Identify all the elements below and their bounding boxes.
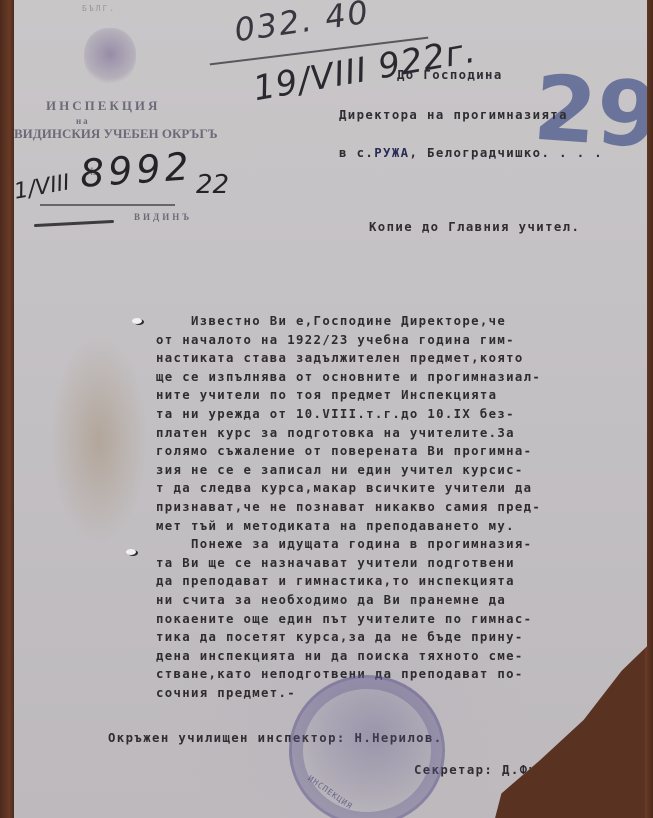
body-line: зия не се е записал ни един учител курси… bbox=[156, 463, 541, 482]
addressee-location: в с.РУЖА, Белоградчишко. . . . bbox=[339, 146, 603, 160]
copy-recipient: Копие до Главния учител. bbox=[369, 220, 580, 234]
body-line: настиката става задължителен предмет,коя… bbox=[156, 351, 541, 370]
signature-name: Д.Филипов. bbox=[502, 763, 590, 777]
body-line: т да следва курса,макар всичките учители… bbox=[156, 481, 541, 500]
body-line: платен курс за подготовка на учителите.З… bbox=[156, 426, 541, 445]
body-line: та ни урежда от 10.VIII.т.г.до 10.IX без… bbox=[156, 407, 541, 426]
body-line: Известно Ви е,Господине Директоре,че bbox=[156, 314, 541, 333]
crest-caption: БЪЛГ. bbox=[82, 4, 116, 13]
letterhead-district: ВИДИНСКИЯ УЧЕБЕН ОКРЪГЪ bbox=[14, 126, 218, 142]
body-line: ни счита за необходимо да Ви пранемне да bbox=[156, 593, 541, 612]
body-line: ните учители по тоя предмет Инспекцията bbox=[156, 388, 541, 407]
body-line: Понеже за идущата година в прогимназия- bbox=[156, 537, 541, 556]
frame-left-edge bbox=[0, 0, 16, 818]
outgoing-number: 8992 bbox=[79, 144, 195, 196]
body-line: от началото на 1922/23 учебна година гим… bbox=[156, 333, 541, 352]
location-district: , Белоградчишко. . . . bbox=[409, 146, 603, 160]
body-line: дена инспекцията ни да поиска тяхното см… bbox=[156, 649, 541, 668]
document-paper: БЪЛГ. ИНСПЕКЦИЯ на ВИДИНСКИЯ УЧЕБЕН ОКРЪ… bbox=[14, 0, 647, 818]
addressee-salutation: До Господина bbox=[397, 68, 503, 82]
pin-hole bbox=[126, 549, 136, 555]
body-line: покаените още един път учителите по гимн… bbox=[156, 612, 541, 631]
body-line: ще се изпълнява от основните и прогимназ… bbox=[156, 370, 541, 389]
official-stamp-icon: ИНСПЕКЦИЯ bbox=[289, 675, 445, 818]
addressee-title: Директора на прогимназията bbox=[339, 108, 568, 122]
letterhead-of: на bbox=[76, 116, 90, 126]
outgoing-year: 22 bbox=[196, 170, 229, 200]
letterhead-inspectorate: ИНСПЕКЦИЯ bbox=[46, 98, 160, 114]
body-line: мет тъй и методиката на преподаването му… bbox=[156, 519, 541, 538]
body-line: та Ви ще се назначават учители подготвен… bbox=[156, 556, 541, 575]
stamp-text: ИНСПЕКЦИЯ bbox=[306, 774, 354, 811]
pin-hole bbox=[132, 318, 142, 324]
coat-of-arms-icon bbox=[84, 28, 136, 86]
body-line: признават,че не познават никакво самия п… bbox=[156, 500, 541, 519]
body-line: тика да посетят курса,за да не бъде прин… bbox=[156, 630, 541, 649]
location-prefix: в с. bbox=[339, 146, 374, 160]
divider bbox=[40, 204, 175, 206]
incoming-number: 032. 40 bbox=[232, 0, 372, 49]
outgoing-date: 1/VIII bbox=[12, 170, 71, 204]
letter-body: Известно Ви е,Господине Директоре,че от … bbox=[156, 314, 541, 704]
body-line: голямо съжаление от поверената Ви прогим… bbox=[156, 444, 541, 463]
body-line: да преподават и гимнастика,то инспекцият… bbox=[156, 574, 541, 593]
letterhead-city: ВИДИНЪ bbox=[134, 212, 192, 222]
divider bbox=[34, 220, 114, 227]
location-village: РУЖА bbox=[374, 146, 409, 160]
